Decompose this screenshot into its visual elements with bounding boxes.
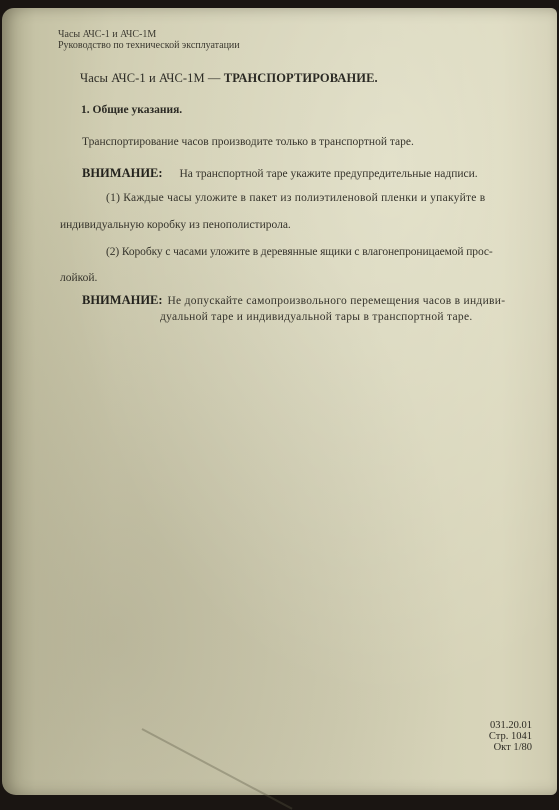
running-header: Часы АЧС-1 и АЧС-1М Руководство по техни…: [58, 29, 240, 51]
footer-date: Окт 1/80: [489, 742, 532, 753]
section-heading: 1. Общие указания.: [81, 104, 182, 116]
footer-page-number: Стр. 1041: [489, 731, 532, 742]
warning-1: ВНИМАНИЕ: На транспортной таре укажите п…: [82, 166, 478, 181]
page-footer: 031.20.01 Стр. 1041 Окт 1/80: [489, 720, 532, 753]
warning-2-line-1: Не допускайте самопроизвольного перемеще…: [167, 295, 505, 307]
warning-1-label: ВНИМАНИЕ:: [82, 166, 163, 180]
item-1-line-1: (1) Каждые часы уложите в пакет из полиэ…: [106, 192, 485, 204]
paper-crease: [142, 728, 293, 800]
intro-paragraph: Транспортирование часов производите толь…: [82, 136, 414, 148]
item-2-line-2: лойкой.: [60, 272, 97, 284]
page-title: Часы АЧС-1 и АЧС-1М — ТРАНСПОРТИРОВАНИЕ.: [80, 71, 378, 86]
warning-2-label: ВНИМАНИЕ:: [82, 293, 163, 307]
warning-1-text: На транспортной таре укажите предупредит…: [179, 168, 477, 180]
warning-2: ВНИМАНИЕ: Не допускайте самопроизвольног…: [82, 293, 505, 308]
header-manual-title: Руководство по технической эксплуатации: [58, 40, 240, 51]
item-2-line-1: (2) Коробку с часами уложите в деревянны…: [106, 246, 493, 258]
title-prefix: Часы АЧС-1 и АЧС-1М —: [80, 71, 221, 85]
warning-2-line-2: дуальной таре и индивидуальной тары в тр…: [160, 311, 473, 323]
item-1-line-2: индивидуальную коробку из пенополистирол…: [60, 219, 291, 231]
title-caps: ТРАНСПОРТИРОВАНИЕ.: [224, 71, 378, 85]
header-product: Часы АЧС-1 и АЧС-1М: [58, 29, 240, 40]
document-page: Часы АЧС-1 и АЧС-1М Руководство по техни…: [2, 8, 557, 795]
footer-code: 031.20.01: [489, 720, 532, 731]
